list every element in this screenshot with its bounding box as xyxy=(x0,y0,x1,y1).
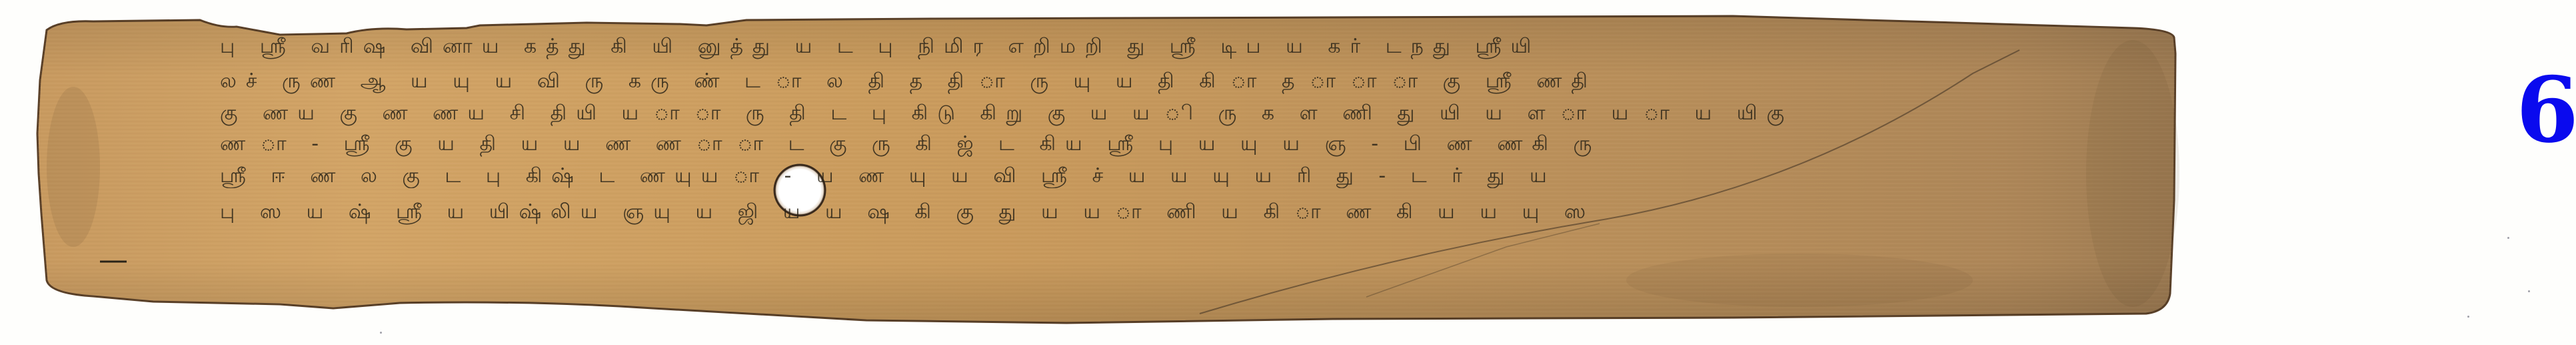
page-number: 6 xyxy=(2516,67,2569,153)
manuscript-scan: பு ஸ்ரீ வரிஷ வினாய கத்து கி யி னுத்து ய … xyxy=(0,0,2576,345)
scan-speck xyxy=(2507,237,2509,239)
scan-speck xyxy=(2467,316,2469,318)
manuscript-line-3: கு ணய கு ண ணய சி தியி ய ா ா ரு தி ட பு க… xyxy=(220,101,2153,128)
scan-speck xyxy=(380,332,382,334)
manuscript-line-5: ஸ்ரீ ஈ ண ல கு ட பு கிஷ் ட ணயுய ா - ய ண ய… xyxy=(220,164,2153,191)
manuscript-line-4: ண ா - ஸ்ரீ கு ய தி ய ய ண ண ா ா ட கு ரு க… xyxy=(220,132,2153,159)
scan-speck xyxy=(2528,290,2530,292)
manuscript-line-2: லச் ருண ஆ ய யு ய வி ரு கரு ண் ட ா ல தி த… xyxy=(220,69,2153,96)
manuscript-line-1: பு ஸ்ரீ வரிஷ வினாய கத்து கி யி னுத்து ய … xyxy=(220,35,2153,61)
manuscript-line-6: பு ஸ ய ஷ் ஸ்ரீ ய யிஷ்லிய ஞயு ய ஜி ய ய ஷ … xyxy=(220,200,2153,227)
